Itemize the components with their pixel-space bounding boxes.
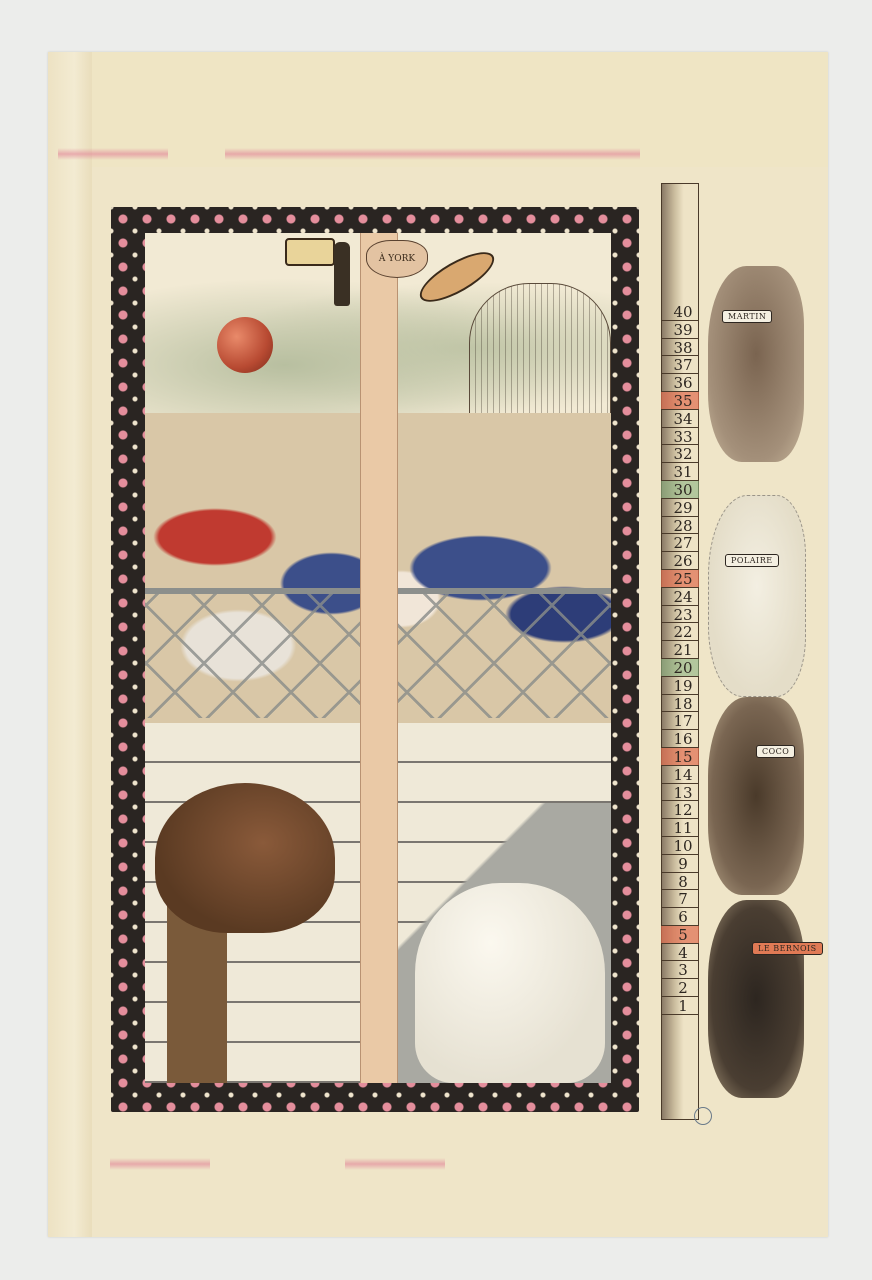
greasy-pole	[360, 233, 398, 1083]
scale-rung: 22	[661, 623, 699, 641]
scale-rung: 13	[661, 784, 699, 802]
scale-rung: 12	[661, 801, 699, 819]
brown-bear	[155, 783, 335, 933]
bear-collar: COCO	[756, 745, 795, 758]
scale-rung: 18	[661, 695, 699, 713]
pink-stain	[110, 1158, 210, 1170]
scale-rung: 14	[661, 766, 699, 784]
scale-rung: 17	[661, 712, 699, 730]
paper-fold	[48, 52, 92, 1237]
scale-rung: 20	[661, 659, 699, 677]
scale-rung: 40	[661, 303, 699, 321]
scale-rung: 35	[661, 392, 699, 410]
polar-bear	[415, 883, 605, 1083]
scale-rung: 4	[661, 944, 699, 962]
scale-rung: 1	[661, 997, 699, 1015]
scale-rung: 10	[661, 837, 699, 855]
bear-collar: LE BERNOIS	[752, 942, 823, 955]
scale-rung: 26	[661, 552, 699, 570]
pink-stain	[345, 1158, 445, 1170]
scale-rung: 2	[661, 979, 699, 997]
scale-rung: 15	[661, 748, 699, 766]
pole-sign: À YORK	[366, 240, 428, 278]
scale-rung: 38	[661, 339, 699, 357]
pink-stain	[58, 148, 168, 160]
scale-rung: 6	[661, 908, 699, 926]
scale-rung: 37	[661, 356, 699, 374]
scale-rung: 33	[661, 428, 699, 446]
bear-collar: POLAIRE	[725, 554, 779, 567]
library-stamp	[694, 1107, 712, 1125]
scale-rung: 23	[661, 606, 699, 624]
scale-rung: 29	[661, 499, 699, 517]
scale-rung: 24	[661, 588, 699, 606]
bear-piece-le-bernois[interactable]: LE BERNOIS	[708, 900, 804, 1098]
scale-rung: 19	[661, 677, 699, 695]
bear-piece-coco[interactable]: COCO	[708, 697, 804, 895]
pink-stain	[225, 148, 640, 160]
scale-rung: 7	[661, 890, 699, 908]
scale-rung: 27	[661, 534, 699, 552]
scale-rung: 3	[661, 961, 699, 979]
scale-rung: 39	[661, 321, 699, 339]
scale-rung: 30	[661, 481, 699, 499]
score-rungs: 4039383736353433323130292827262524232221…	[661, 303, 699, 1015]
scale-rung: 9	[661, 855, 699, 873]
scale-rung: 8	[661, 873, 699, 891]
scale-rung: 32	[661, 445, 699, 463]
scale-rung: 16	[661, 730, 699, 748]
bear-piece-martin[interactable]: MARTIN	[708, 266, 804, 462]
prize-basket	[285, 238, 335, 266]
bear-piece-polaire[interactable]: POLAIRE	[708, 495, 806, 697]
scale-rung: 36	[661, 374, 699, 392]
scale-rung: 5	[661, 926, 699, 944]
balloon	[217, 317, 273, 373]
scale-rung: 34	[661, 410, 699, 428]
bear-collar: MARTIN	[722, 310, 772, 323]
scale-rung: 31	[661, 463, 699, 481]
scale-rung: 11	[661, 819, 699, 837]
scale-rung: 25	[661, 570, 699, 588]
scale-rung: 28	[661, 517, 699, 535]
scale-rung: 21	[661, 641, 699, 659]
prize-bottle	[334, 242, 350, 306]
